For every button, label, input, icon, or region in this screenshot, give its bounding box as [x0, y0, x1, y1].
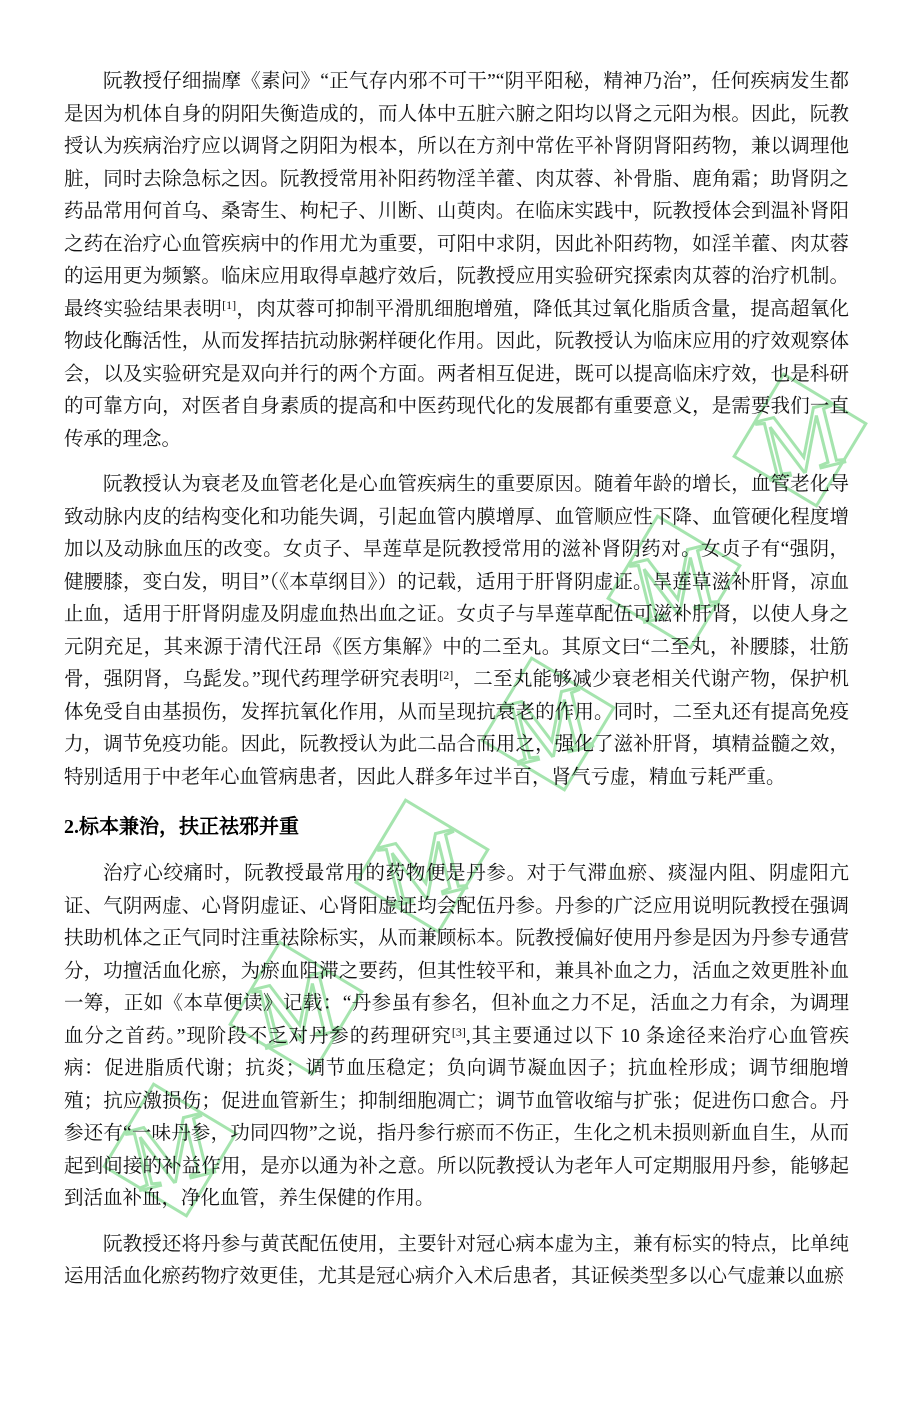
document-page: M M M M M — [0, 0, 912, 1416]
paragraph-danshen: 治疗心绞痛时，阮教授最常用的药物便是丹参。对于气滞血瘀、痰湿内阻、阴虚阳亢证、气… — [64, 858, 849, 1216]
paragraph-text: 阮教授还将丹参与黄芪配伍使用，主要针对冠心病本虚为主，兼有标实的特点，比单纯运用… — [64, 1234, 849, 1288]
paragraph-text: 治疗心绞痛时，阮教授最常用的药物便是丹参。对于气滞血瘀、痰湿内阻、阴虚阳亢证、气… — [64, 863, 849, 1047]
section-heading-2: 2.标本兼治，扶正祛邪并重 — [64, 811, 849, 843]
footnote-ref-2: [2] — [439, 668, 453, 682]
paragraph-aging-vessels: 阮教授认为衰老及血管老化是心血管疾病生的重要原因。随着年龄的增长，血管老化导致动… — [64, 469, 849, 794]
paragraph-yin-yang-kidney: 阮教授仔细揣摩《素问》“正气存内邪不可干”“阴平阳秘，精神乃治”，任何疾病发生都… — [64, 66, 849, 456]
paragraph-text: ,其主要通过以下 10 条途径来治疗心血管疾病：促进脂质代谢；抗炎；调节血压稳定… — [64, 1026, 849, 1210]
paragraph-danshen-huangqi: 阮教授还将丹参与黄芪配伍使用，主要针对冠心病本虚为主，兼有标实的特点，比单纯运用… — [64, 1229, 849, 1294]
document-body: 阮教授仔细揣摩《素问》“正气存内邪不可干”“阴平阳秘，精神乃治”，任何疾病发生都… — [0, 0, 912, 1294]
paragraph-text: 阮教授认为衰老及血管老化是心血管疾病生的重要原因。随着年龄的增长，血管老化导致动… — [64, 474, 849, 690]
paragraph-text: 阮教授仔细揣摩《素问》“正气存内邪不可干”“阴平阳秘，精神乃治”，任何疾病发生都… — [64, 71, 849, 320]
footnote-ref-1: [1] — [222, 298, 236, 312]
paragraph-text: ，肉苁蓉可抑制平滑肌细胞增殖，降低其过氧化脂质含量，提高超氧化物歧化酶活性，从而… — [64, 299, 849, 450]
footnote-ref-3: [3] — [452, 1025, 466, 1039]
